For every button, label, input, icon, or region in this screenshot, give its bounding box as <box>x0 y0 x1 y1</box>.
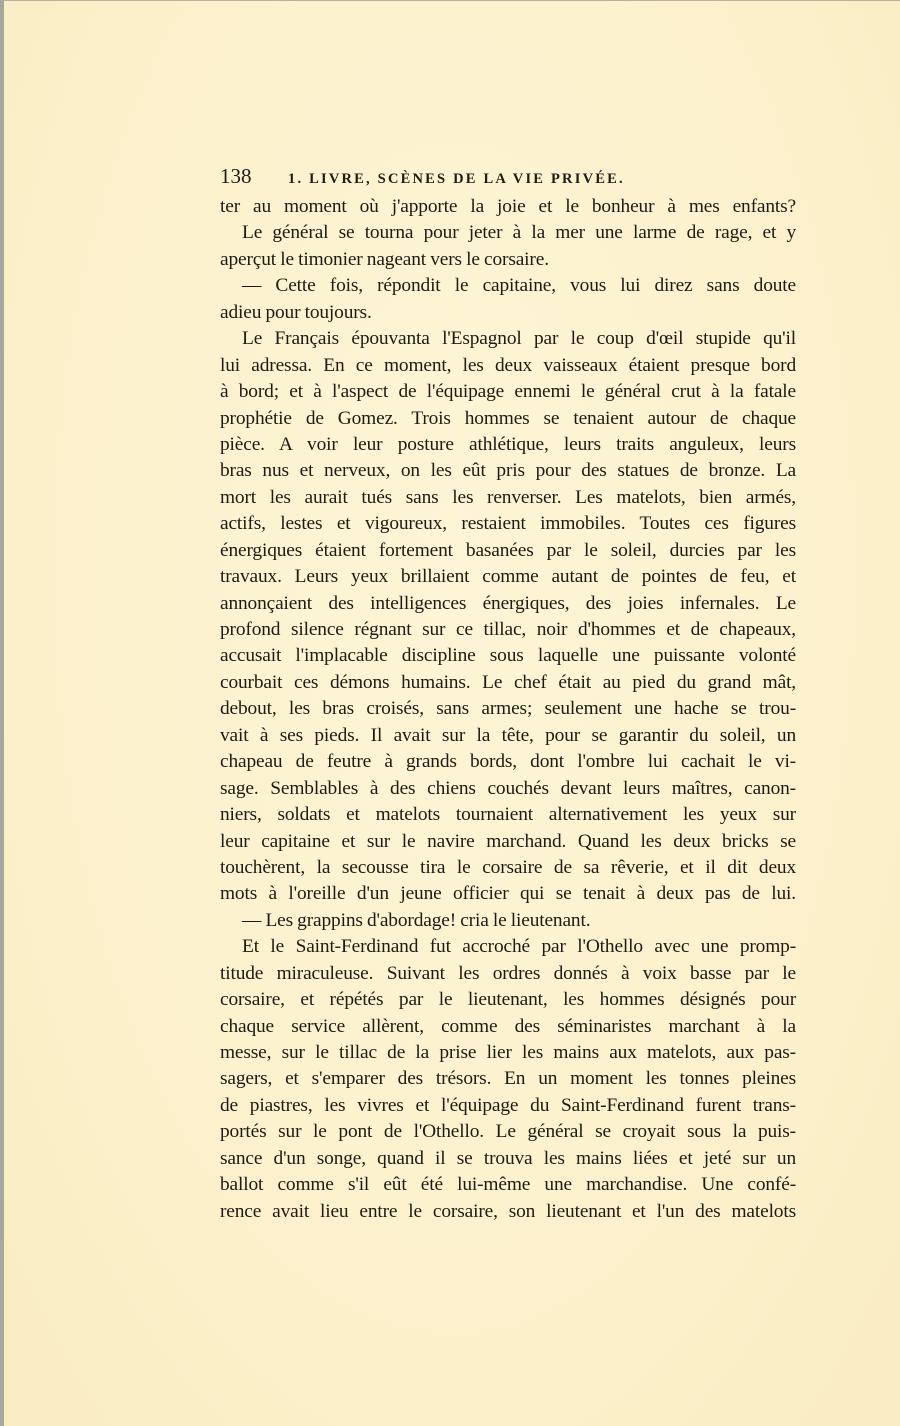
text-line: annonçaient des intelligences énergiques… <box>220 591 796 617</box>
text-line: profond silence régnant sur ce tillac, n… <box>220 617 796 643</box>
text-line: travaux. Leurs yeux brillaient comme aut… <box>220 564 796 590</box>
text-line: courbait ces démons humains. Le chef éta… <box>220 670 796 696</box>
text-line: prophétie de Gomez. Trois hommes se tena… <box>220 406 796 432</box>
text-line: aperçut le timonier nageant vers le cors… <box>220 247 796 273</box>
text-line: mort les aurait tués sans les renverser.… <box>220 485 796 511</box>
text-line: titude miraculeuse. Suivant les ordres d… <box>220 961 796 987</box>
text-line: — Cette fois, répondit le capitaine, vou… <box>220 273 796 299</box>
text-line: chaque service allèrent, comme des sémin… <box>220 1014 796 1040</box>
text-line: actifs, lestes et vigoureux, restaient i… <box>220 511 796 537</box>
body-text: ter au moment où j'apporte la joie et le… <box>220 194 796 1225</box>
text-line: messe, sur le tillac de la prise lier le… <box>220 1040 796 1066</box>
running-title: 1. LIVRE, SCÈNES DE LA VIE PRIVÉE. <box>288 171 625 188</box>
text-line: énergiques étaient fortement basanées pa… <box>220 538 796 564</box>
text-line: debout, les bras croisés, sans armes; se… <box>220 696 796 722</box>
text-line: accusait l'implacable discipline sous la… <box>220 643 796 669</box>
text-line: Le général se tourna pour jeter à la mer… <box>220 220 796 246</box>
text-line: rence avait lieu entre le corsaire, son … <box>220 1199 796 1225</box>
text-line: portés sur le pont de l'Othello. Le géné… <box>220 1119 796 1145</box>
text-line: leur capitaine et sur le navire marchand… <box>220 829 796 855</box>
text-line: de piastres, les vivres et l'équipage du… <box>220 1093 796 1119</box>
text-line: ter au moment où j'apporte la joie et le… <box>220 194 796 220</box>
text-block: 138 1. LIVRE, SCÈNES DE LA VIE PRIVÉE. t… <box>220 164 796 1225</box>
text-line: sage. Semblables à des chiens couchés de… <box>220 776 796 802</box>
text-line: à bord; et à l'aspect de l'équipage enne… <box>220 379 796 405</box>
text-line: adieu pour toujours. <box>220 300 796 326</box>
text-line: mots à l'oreille d'un jeune officier qui… <box>220 881 796 907</box>
text-line: bras nus et nerveux, on les eût pris pou… <box>220 458 796 484</box>
text-line: — Les grappins d'abordage! cria le lieut… <box>220 908 796 934</box>
text-line: niers, soldats et matelots tournaient al… <box>220 802 796 828</box>
text-line: lui adressa. En ce moment, les deux vais… <box>220 353 796 379</box>
text-line: touchèrent, la secousse tira le corsaire… <box>220 855 796 881</box>
text-line: sagers, et s'emparer des trésors. En un … <box>220 1066 796 1092</box>
book-page: 138 1. LIVRE, SCÈNES DE LA VIE PRIVÉE. t… <box>4 1 900 1426</box>
running-head: 138 1. LIVRE, SCÈNES DE LA VIE PRIVÉE. <box>220 164 796 194</box>
text-line: Le Français épouvanta l'Espagnol par le … <box>220 326 796 352</box>
text-line: vait à ses pieds. Il avait sur la tête, … <box>220 723 796 749</box>
text-line: ballot comme s'il eût été lui-même une m… <box>220 1172 796 1198</box>
text-line: pièce. A voir leur posture athlétique, l… <box>220 432 796 458</box>
text-line: sance d'un songe, quand il se trouva les… <box>220 1146 796 1172</box>
text-line: corsaire, et répétés par le lieutenant, … <box>220 987 796 1013</box>
text-line: chapeau de feutre à grands bords, dont l… <box>220 749 796 775</box>
text-line: Et le Saint-Ferdinand fut accroché par l… <box>220 934 796 960</box>
page-number: 138 <box>220 164 280 189</box>
